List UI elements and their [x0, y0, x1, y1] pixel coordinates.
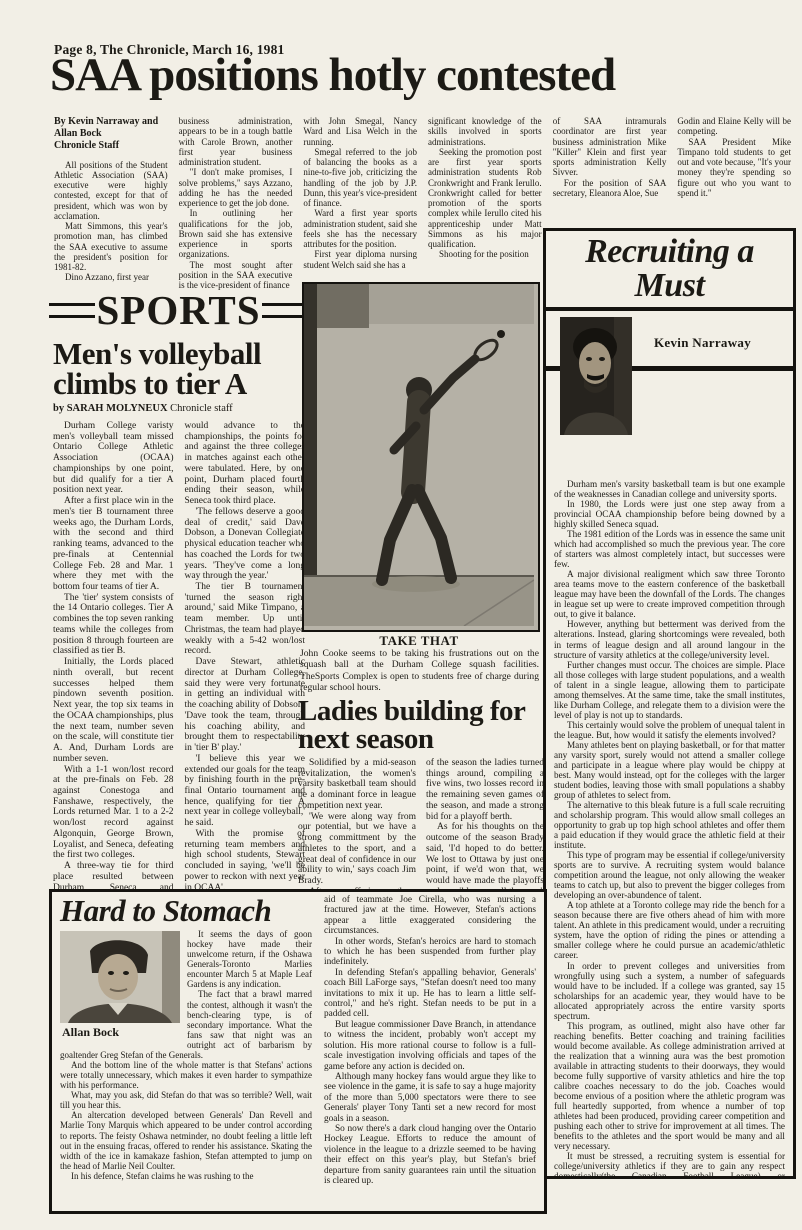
paragraph: However, anything but betterment was der…	[554, 619, 785, 659]
paragraph: And the bottom line of the whole matter …	[60, 1060, 312, 1090]
paragraph: of SAA intramurals coordinator are first…	[553, 116, 667, 178]
photo-caption-title: TAKE THAT	[300, 633, 538, 649]
newspaper-page: Page 8, The Chronicle, March 16, 1981 SA…	[0, 0, 802, 1230]
volleyball-column-2: would advance to the championships, the …	[185, 421, 306, 915]
paragraph: "I don't make promises, I solve problems…	[179, 167, 293, 208]
paragraph: In other words, Stefan's heroics are har…	[324, 937, 536, 968]
paragraph: 'The fellows deserve a good deal of cred…	[185, 507, 306, 582]
hard-to-stomach-box: Hard to Stomach Allan Bock It seems the …	[49, 889, 547, 1214]
paragraph: Seeking the promotion post are first yea…	[428, 147, 542, 250]
saa-byline: By Kevin Narraway and Allan Bock Chronic…	[54, 116, 168, 153]
paragraph: A major divisional realigment which saw …	[554, 569, 785, 619]
paragraph: First year diploma nursing student Welch…	[303, 249, 417, 270]
recruiting-header: Kevin Narraway	[554, 311, 785, 479]
paragraph: The most sought after position in the SA…	[179, 260, 293, 291]
paragraph: The tier B tournament 'turned the season…	[185, 582, 306, 657]
paragraph: The 1981 edition of the Lords was in ess…	[554, 529, 785, 569]
paragraph: business administration, appears to be i…	[179, 116, 293, 167]
hard-left-column: Hard to Stomach Allan Bock It seems the …	[60, 895, 312, 1208]
recruiting-headline: Recruiting a Must	[554, 235, 785, 303]
paragraph: In order to prevent colleges and univers…	[554, 961, 785, 1021]
paragraph: As for his thoughts on the outcome of th…	[426, 822, 544, 897]
saa-column-1: By Kevin Narraway and Allan Bock Chronic…	[54, 116, 168, 290]
allan-bock-caption: Allan Bock	[60, 1023, 180, 1039]
paragraph: For the position of SAA secretary, Elean…	[553, 178, 667, 199]
main-headline: SAA positions hotly contested	[50, 52, 800, 99]
volleyball-byline: by SARAH MOLYNEUX Chronicle staff	[53, 403, 233, 414]
recruiting-byline: Kevin Narraway	[654, 335, 751, 351]
paragraph: Durham College varisty men's volleyball …	[53, 421, 174, 496]
paragraph: Matt Simmons, this year's promotion man,…	[54, 221, 168, 272]
paragraph: In 1980, the Lords were just one step aw…	[554, 499, 785, 529]
paragraph: In his defence, Stefan claims he was rus…	[60, 1171, 312, 1181]
byline-line: Allan Bock	[54, 128, 168, 140]
paragraph: Dave Stewart, athletic director at Durha…	[185, 657, 306, 754]
byline-line: Chronicle Staff	[54, 140, 168, 152]
paragraph: Dino Azzano, first year	[54, 272, 168, 282]
paragraph: With a 1-1 won/lost record at the pre-fi…	[53, 765, 174, 862]
paragraph: Godin and Elaine Kelly will be competing…	[677, 116, 791, 137]
paragraph: with John Smegal, Nancy Ward and Lisa We…	[303, 116, 417, 147]
paragraph: Initially, the Lords placed ninth overal…	[53, 657, 174, 764]
paragraph: SAA President Mike Timpano told students…	[677, 137, 791, 199]
paragraph: This type of program may be essential if…	[554, 850, 785, 900]
paragraph: It must be stressed, a recruiting system…	[554, 1151, 785, 1179]
paragraph: So now there's a dark cloud hanging over…	[324, 1124, 536, 1186]
paragraph: But league commissioner Dave Branch, in …	[324, 1020, 536, 1072]
volleyball-headline: Men's volleyball climbs to tier A	[53, 339, 315, 399]
divider-rule-left	[49, 303, 95, 318]
paragraph: After a first place win in the men's tie…	[53, 496, 174, 593]
paragraph: With the promise of returning team membe…	[185, 829, 306, 893]
paragraph: Ward a first year sports administration …	[303, 208, 417, 249]
paragraph: The 'tier' system consists of the 14 Ont…	[53, 593, 174, 657]
volleyball-byline-rest: Chronicle staff	[168, 403, 233, 414]
paragraph: Solidified by a mid-season revitalizatio…	[298, 758, 416, 812]
paragraph: All positions of the Student Athletic As…	[54, 160, 168, 222]
paragraph: 'I believe this year we extended our goa…	[185, 754, 306, 829]
paragraph: Many athletes bent on playing basketball…	[554, 740, 785, 800]
allan-bock-art	[60, 931, 180, 1023]
paragraph: Further changes must occur. The choices …	[554, 660, 785, 720]
paragraph: Smegal referred to the job of balancing …	[303, 147, 417, 209]
paragraph: The alternative to this bleak future is …	[554, 800, 785, 850]
paragraph: Shooting for the position	[428, 249, 542, 259]
volleyball-column-1: Durham College varisty men's volleyball …	[53, 421, 174, 915]
paragraph: In outlining her qualifications for the …	[179, 208, 293, 259]
recruiting-text: Durham men's varsity basketball team is …	[554, 479, 785, 1179]
paragraph: 'We were along way from our potential, b…	[298, 812, 416, 887]
paragraph: In defending Stefan's appalling behavior…	[324, 968, 536, 1020]
saa-column-3: with John Smegal, Nancy Ward and Lisa We…	[303, 116, 417, 290]
saa-column-2: business administration, appears to be i…	[179, 116, 293, 290]
paragraph: This certainly would solve the problem o…	[554, 720, 785, 740]
saa-col1-text: All positions of the Student Athletic As…	[54, 160, 168, 283]
mugshot-art	[560, 317, 632, 435]
recruiting-column-box: Recruiting a Must Kevin Narraway Durh	[543, 228, 796, 1179]
byline-line: By Kevin Narraway and	[54, 116, 168, 128]
paragraph: An altercation developed between General…	[60, 1110, 312, 1170]
sports-section-banner: SPORTS	[49, 287, 308, 333]
kevin-narraway-photo	[560, 317, 632, 435]
paragraph: would advance to the championships, the …	[185, 421, 306, 507]
paragraph: of the season the ladies turned things a…	[426, 758, 544, 822]
squash-photo-art	[304, 284, 534, 626]
hard-right-column: aid of teammate Joe Cirella, who was nur…	[324, 895, 536, 1208]
squash-player-photo	[302, 282, 540, 632]
hard-headline: Hard to Stomach	[60, 895, 312, 926]
allan-bock-photo: Allan Bock	[60, 931, 180, 1039]
ladies-headline: Ladies building for next season	[298, 697, 548, 754]
sports-banner-label: SPORTS	[95, 290, 261, 331]
paragraph: This program, as outlined, might also ha…	[554, 1021, 785, 1151]
paragraph: significant knowledge of the skills invo…	[428, 116, 542, 147]
paragraph: A top athlete at a Toronto college may r…	[554, 900, 785, 960]
volleyball-article: Durham College varisty men's volleyball …	[53, 421, 305, 915]
photo-caption-text: John Cooke seems to be taking his frustr…	[300, 648, 539, 693]
paragraph: aid of teammate Joe Cirella, who was nur…	[324, 895, 536, 937]
paragraph: Although many hockey fans would argue th…	[324, 1072, 536, 1124]
paragraph: What, may you ask, did Stefan do that wa…	[60, 1090, 312, 1110]
volleyball-byline-name: by SARAH MOLYNEUX	[53, 403, 168, 414]
hard-left-rest-text: And the bottom line of the whole matter …	[60, 1060, 312, 1181]
saa-column-4: significant knowledge of the skills invo…	[428, 116, 542, 290]
paragraph: Durham men's varsity basketball team is …	[554, 479, 785, 499]
